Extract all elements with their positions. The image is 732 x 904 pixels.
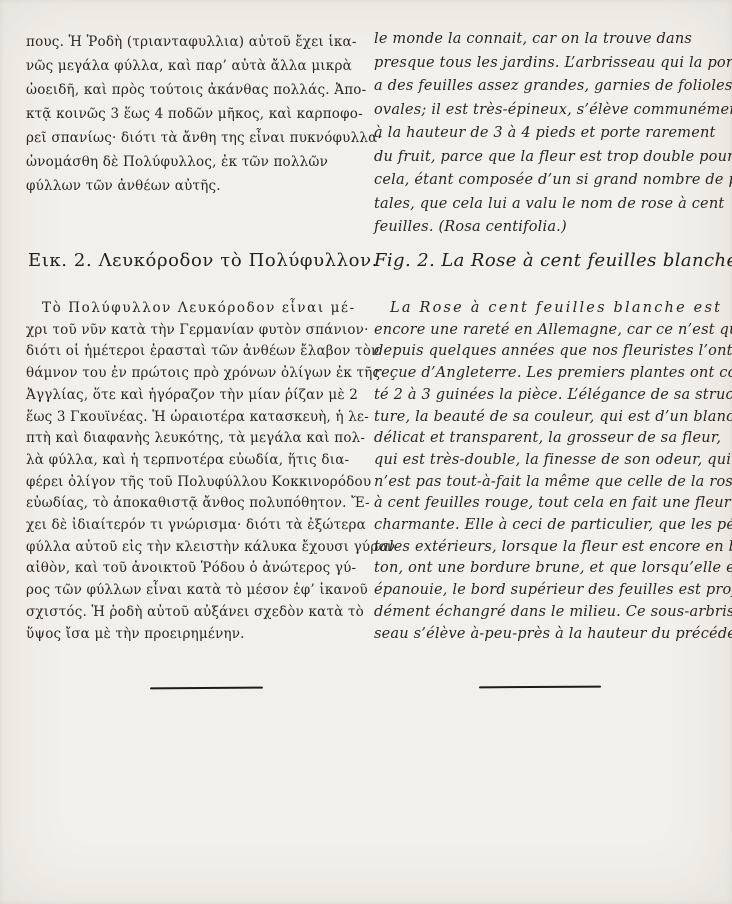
greek-paragraph-continuation: πους. Ἡ Ῥοδὴ (τριανταφυλλια) αὐτοῦ ἔχει … bbox=[26, 30, 364, 198]
greek-figure-heading: Εικ. 2. Λευκόροδον τὸ Πολύφυλλον. bbox=[28, 250, 378, 271]
book-page: πους. Ἡ Ῥοδὴ (τριανταφυλλια) αὐτοῦ ἔχει … bbox=[0, 0, 732, 904]
french-figure-heading: Fig. 2. La Rose à cent feuilles blanche. bbox=[374, 250, 732, 271]
left-column-end-rule bbox=[150, 687, 263, 690]
french-paragraph-description: La Rose à cent feuilles blanche est enco… bbox=[374, 298, 719, 645]
right-column-end-rule bbox=[479, 686, 601, 689]
greek-paragraph-description: Τὸ Πολύφυλλον Λευκόροδον εἶναι μέ- χρι τ… bbox=[26, 298, 364, 645]
french-paragraph-continuation: le monde la connait, car on la trouve da… bbox=[374, 28, 719, 240]
